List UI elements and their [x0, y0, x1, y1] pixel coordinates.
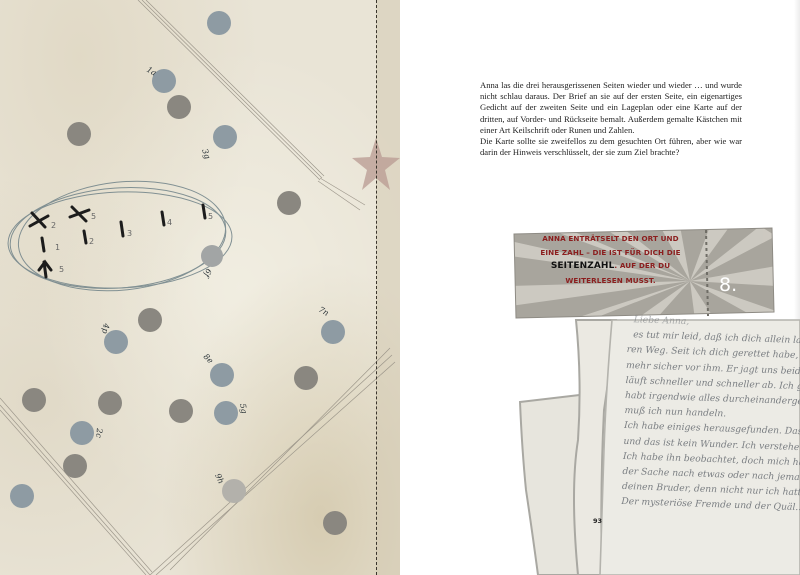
hint-highlight: SEITENZAHL: [551, 261, 615, 271]
map-circle: [10, 484, 34, 508]
svg-text:5: 5: [208, 212, 213, 221]
circle-label: 6f: [201, 267, 213, 280]
hint-line-1: ANNA ENTRÄTSELT DEN ORT UND: [518, 232, 703, 246]
intro-paragraph-2: Die Karte sollte sie zweifellos zu dem g…: [480, 136, 742, 158]
map-circle: [207, 11, 231, 35]
map-circle: [210, 363, 234, 387]
perforation-line: [376, 0, 377, 575]
map-circle: [294, 366, 318, 390]
svg-text:1: 1: [55, 243, 60, 252]
treasure-map: 1a 3g 6f 4p 8e 7n 5g 2c 9h: [0, 0, 400, 575]
page-number: 93: [593, 517, 602, 525]
map-circle: [321, 320, 345, 344]
map-circle: [213, 125, 237, 149]
hint-line-3: . AUF DER DU: [614, 261, 670, 270]
hint-line-4: WEITERLESEN MUSST.: [518, 274, 703, 288]
left-page-map: 1a 3g 6f 4p 8e 7n 5g 2c 9h: [0, 0, 400, 575]
book-spread: 1a 3g 6f 4p 8e 7n 5g 2c 9h: [0, 0, 800, 575]
map-circle: [214, 401, 238, 425]
svg-text:5: 5: [59, 265, 64, 274]
map-circle: [63, 454, 87, 478]
right-page-story: Anna las die drei herausgerissenen Seite…: [400, 0, 800, 575]
map-circle: [22, 388, 46, 412]
hint-text: ANNA ENTRÄTSELT DEN ORT UND EINE ZAHL – …: [518, 232, 703, 302]
map-circle: [222, 479, 246, 503]
svg-text:2: 2: [51, 221, 56, 230]
map-circle: [67, 122, 91, 146]
circle-label: 9h: [213, 472, 225, 485]
intro-text: Anna las die drei herausgerissenen Seite…: [480, 80, 742, 158]
circle-label: 8e: [202, 352, 215, 365]
svg-text:5: 5: [91, 212, 96, 221]
svg-text:4: 4: [167, 218, 172, 227]
circle-label: 7n: [317, 305, 330, 318]
map-circle: [70, 421, 94, 445]
map-circle: [167, 95, 191, 119]
map-circle: [323, 511, 347, 535]
intro-paragraph-1: Anna las die drei herausgerissenen Seite…: [480, 80, 742, 136]
svg-text:2: 2: [89, 237, 94, 246]
hint-line-2: EINE ZAHL – DIE IST FÜR DICH DIE: [518, 246, 703, 260]
ticket-number: 8.: [719, 274, 737, 296]
map-circle: [98, 391, 122, 415]
map-circle: [138, 308, 162, 332]
handwritten-letter: Liebe Anna, es tut mir leid, daß ich dic…: [621, 312, 800, 516]
svg-text:3: 3: [127, 229, 132, 238]
map-circle: [201, 245, 223, 267]
circle-label: 2c: [94, 427, 104, 439]
map-circle: [277, 191, 301, 215]
map-circle: [169, 399, 193, 423]
circle-label: 4p: [100, 322, 111, 335]
circle-label: 3g: [200, 148, 212, 161]
circle-label: 5g: [238, 403, 249, 415]
